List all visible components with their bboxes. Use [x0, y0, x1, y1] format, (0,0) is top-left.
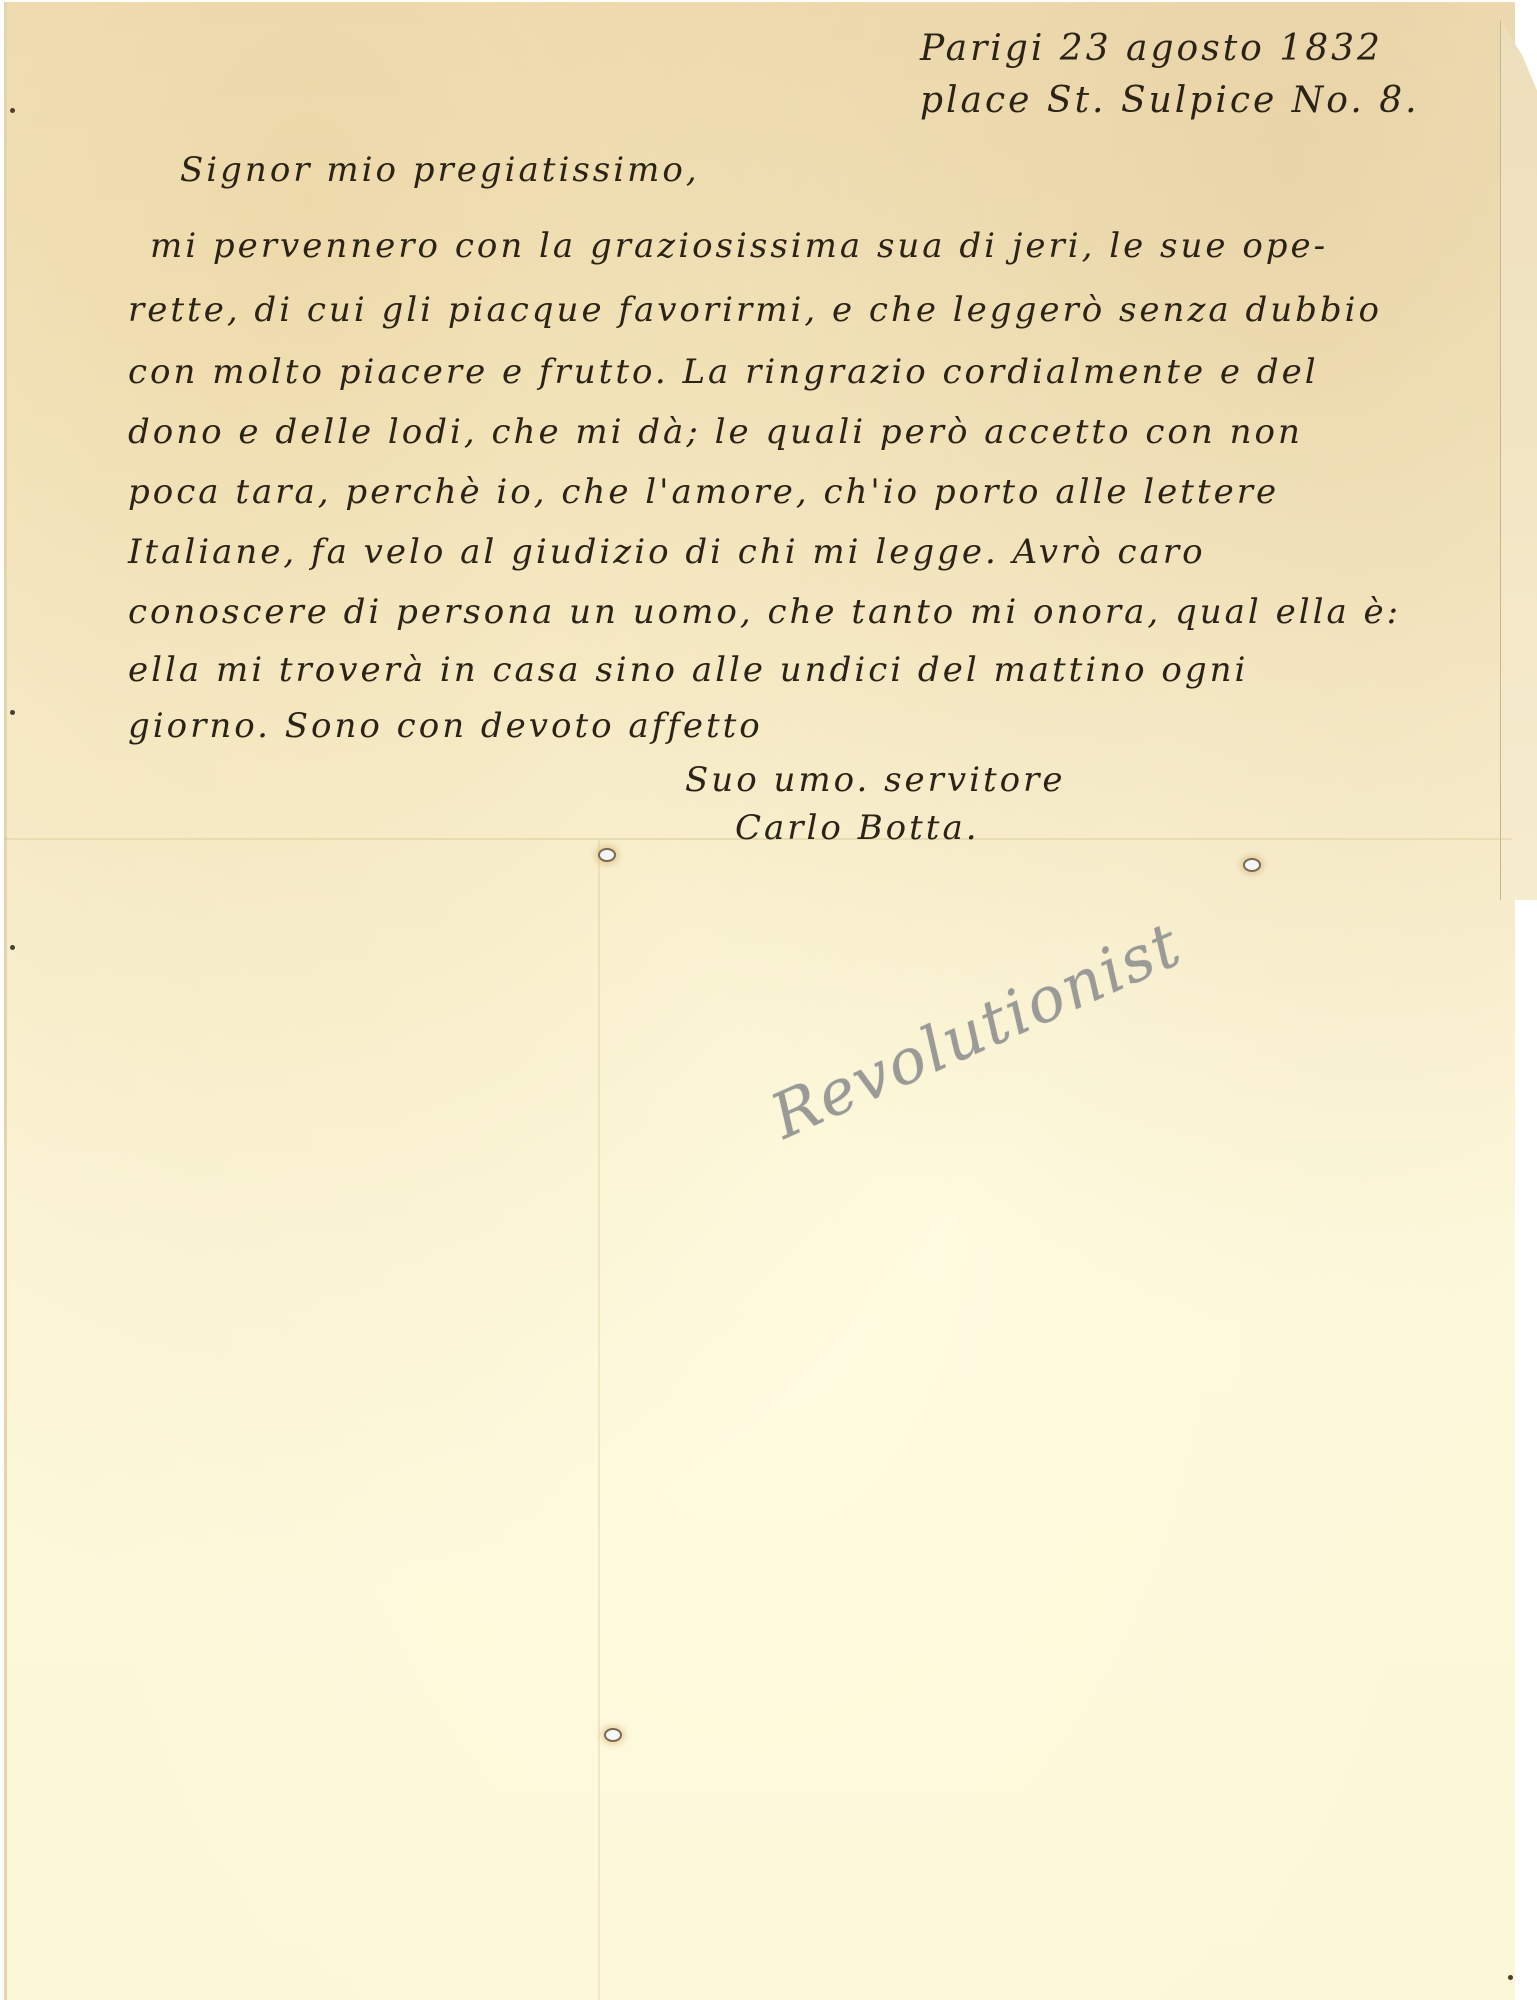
- ink-speck: [1508, 1975, 1513, 1980]
- pin-hole-icon: [598, 848, 616, 862]
- ink-speck: [10, 945, 15, 950]
- letter-body-line: dono e delle lodi, che mi dà; le quali p…: [128, 412, 1303, 452]
- folded-corner-flap: [1500, 20, 1537, 900]
- letter-body-line: mi pervennero con la graziosissima sua d…: [150, 226, 1328, 266]
- pin-hole-icon: [604, 1728, 622, 1742]
- letter-body-line: con molto piacere e frutto. La ringrazio…: [128, 352, 1319, 392]
- letter-body-line: poca tara, perchè io, che l'amore, ch'io…: [128, 472, 1279, 512]
- letter-signature: Carlo Botta.: [735, 808, 980, 848]
- letter-body-line: giorno. Sono con devoto affetto: [128, 706, 763, 746]
- vertical-fold-line: [598, 840, 600, 2000]
- letter-body-line: conoscere di persona un uomo, che tanto …: [128, 592, 1401, 632]
- pin-hole-icon: [1243, 858, 1261, 872]
- letter-salutation: Signor mio pregiatissimo,: [180, 150, 700, 190]
- letter-body-line: Italiane, fa velo al giudizio di chi mi …: [128, 532, 1206, 572]
- ink-speck: [10, 108, 15, 113]
- letter-body-line: rette, di cui gli piacque favorirmi, e c…: [128, 290, 1382, 330]
- letter-body-line: ella mi troverà in casa sino alle undici…: [128, 650, 1248, 690]
- letter-place-date: Parigi 23 agosto 1832: [920, 28, 1383, 69]
- ink-speck: [10, 710, 15, 715]
- letter-closing: Suo umo. servitore: [685, 760, 1066, 800]
- letter-address: place St. Sulpice No. 8.: [920, 80, 1420, 121]
